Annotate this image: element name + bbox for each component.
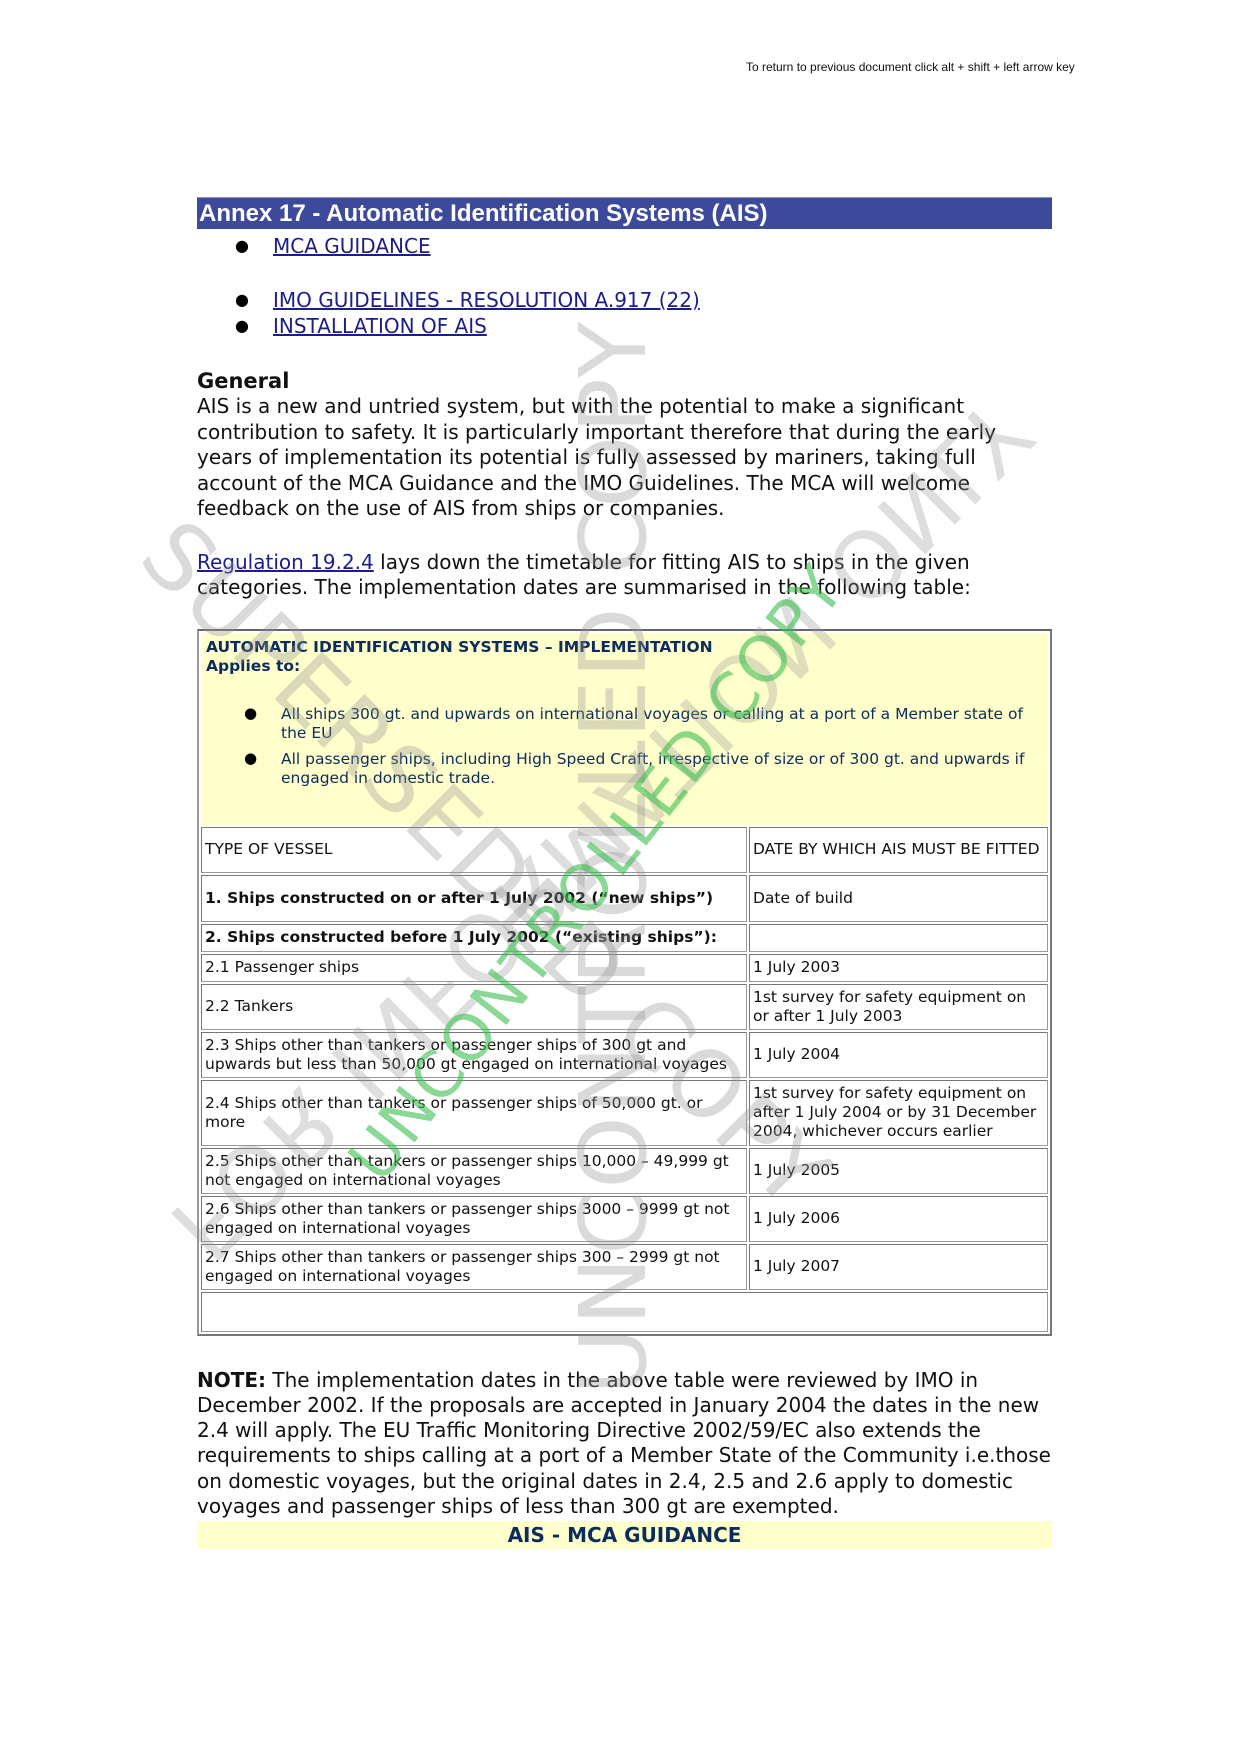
fit-date-cell: Date of build	[749, 875, 1048, 922]
fit-date-cell: 1 July 2004	[749, 1032, 1048, 1078]
bullet-icon: ●	[235, 287, 249, 313]
applies-to-label: Applies to:	[206, 657, 1043, 676]
list-item: ● MCA GUIDANCE	[197, 233, 1052, 259]
implementation-table: AUTOMATIC IDENTIFICATION SYSTEMS – IMPLE…	[197, 629, 1052, 1336]
vessel-type-cell: 2.1 Passenger ships	[201, 954, 747, 982]
table-header-row: TYPE OF VESSEL DATE BY WHICH AIS MUST BE…	[201, 827, 1048, 873]
column-header-fit-date: DATE BY WHICH AIS MUST BE FITTED	[749, 827, 1048, 873]
vessel-type-cell: 2.5 Ships other than tankers or passenge…	[201, 1148, 747, 1194]
regulation-paragraph: Regulation 19.2.4 lays down the timetabl…	[197, 550, 1052, 601]
general-heading: General	[197, 368, 1052, 394]
fit-date-cell: 1st survey for safety equipment on after…	[749, 1080, 1048, 1146]
vessel-type-cell: 2.4 Ships other than tankers or passenge…	[201, 1080, 747, 1146]
ais-mca-guidance-link[interactable]: AIS - MCA GUIDANCE	[197, 1521, 1052, 1549]
list-item: ●All ships 300 gt. and upwards on intern…	[206, 705, 1043, 743]
applies-to-list: ●All ships 300 gt. and upwards on intern…	[206, 705, 1043, 788]
fit-date-cell	[749, 924, 1048, 952]
table-row: 2.3 Ships other than tankers or passenge…	[201, 1032, 1048, 1078]
applies-item-text: All passenger ships, including High Spee…	[281, 750, 1024, 787]
bullet-icon: ●	[235, 313, 249, 339]
regulation-link[interactable]: Regulation 19.2.4	[197, 550, 374, 574]
note-paragraph: NOTE: The implementation dates in the ab…	[197, 1368, 1052, 1520]
table-row: 2.6 Ships other than tankers or passenge…	[201, 1196, 1048, 1242]
fit-date-cell: 1 July 2003	[749, 954, 1048, 982]
table-row: 2.2 Tankers 1st survey for safety equipm…	[201, 984, 1048, 1030]
document-page: Annex 17 - Automatic Identification Syst…	[197, 197, 1052, 1549]
applies-item-text: All ships 300 gt. and upwards on interna…	[281, 705, 1023, 742]
fit-date-cell: 1 July 2007	[749, 1244, 1048, 1290]
list-item: ● IMO GUIDELINES - RESOLUTION A.917 (22)	[197, 287, 1052, 313]
table-row: 2. Ships constructed before 1 July 2002 …	[201, 924, 1048, 952]
column-header-vessel-type: TYPE OF VESSEL	[201, 827, 747, 873]
table-row: 2.1 Passenger ships 1 July 2003	[201, 954, 1048, 982]
table-row: 2.7 Ships other than tankers or passenge…	[201, 1244, 1048, 1290]
fit-date-cell: 1st survey for safety equipment on or af…	[749, 984, 1048, 1030]
vessel-type-cell: 2.2 Tankers	[201, 984, 747, 1030]
vessel-type-cell: 2. Ships constructed before 1 July 2002 …	[201, 924, 747, 952]
vessel-type-cell: 1. Ships constructed on or after 1 July …	[201, 875, 747, 922]
general-paragraph: AIS is a new and untried system, but wit…	[197, 394, 1052, 522]
list-item: ● INSTALLATION OF AIS	[197, 313, 1052, 339]
vessel-type-cell: 2.7 Ships other than tankers or passenge…	[201, 1244, 747, 1290]
page-title: Annex 17 - Automatic Identification Syst…	[197, 197, 1052, 229]
note-label: NOTE:	[197, 1368, 266, 1392]
mca-guidance-link[interactable]: MCA GUIDANCE	[273, 234, 431, 258]
table-heading: AUTOMATIC IDENTIFICATION SYSTEMS – IMPLE…	[206, 638, 1043, 657]
table-row: 2.4 Ships other than tankers or passenge…	[201, 1080, 1048, 1146]
bullet-icon: ●	[235, 233, 249, 259]
list-item: ●All passenger ships, including High Spe…	[206, 750, 1043, 788]
applies-to-box: AUTOMATIC IDENTIFICATION SYSTEMS – IMPLE…	[201, 633, 1048, 825]
fit-date-cell: 1 July 2005	[749, 1148, 1048, 1194]
bullet-icon: ●	[244, 749, 257, 768]
table-row: 2.5 Ships other than tankers or passenge…	[201, 1148, 1048, 1194]
imo-guidelines-link[interactable]: IMO GUIDELINES - RESOLUTION A.917 (22)	[273, 288, 700, 312]
empty-cell	[201, 1292, 1048, 1332]
table-row: 1. Ships constructed on or after 1 July …	[201, 875, 1048, 922]
vessel-type-cell: 2.3 Ships other than tankers or passenge…	[201, 1032, 747, 1078]
fit-date-cell: 1 July 2006	[749, 1196, 1048, 1242]
vessel-type-cell: 2.6 Ships other than tankers or passenge…	[201, 1196, 747, 1242]
table-row-empty	[201, 1292, 1048, 1332]
note-text: The implementation dates in the above ta…	[197, 1368, 1051, 1518]
installation-of-ais-link[interactable]: INSTALLATION OF AIS	[273, 314, 487, 338]
related-links: ● MCA GUIDANCE ● IMO GUIDELINES - RESOLU…	[197, 233, 1052, 339]
return-hint: To return to previous document click alt…	[746, 60, 1075, 74]
bullet-icon: ●	[244, 704, 257, 723]
